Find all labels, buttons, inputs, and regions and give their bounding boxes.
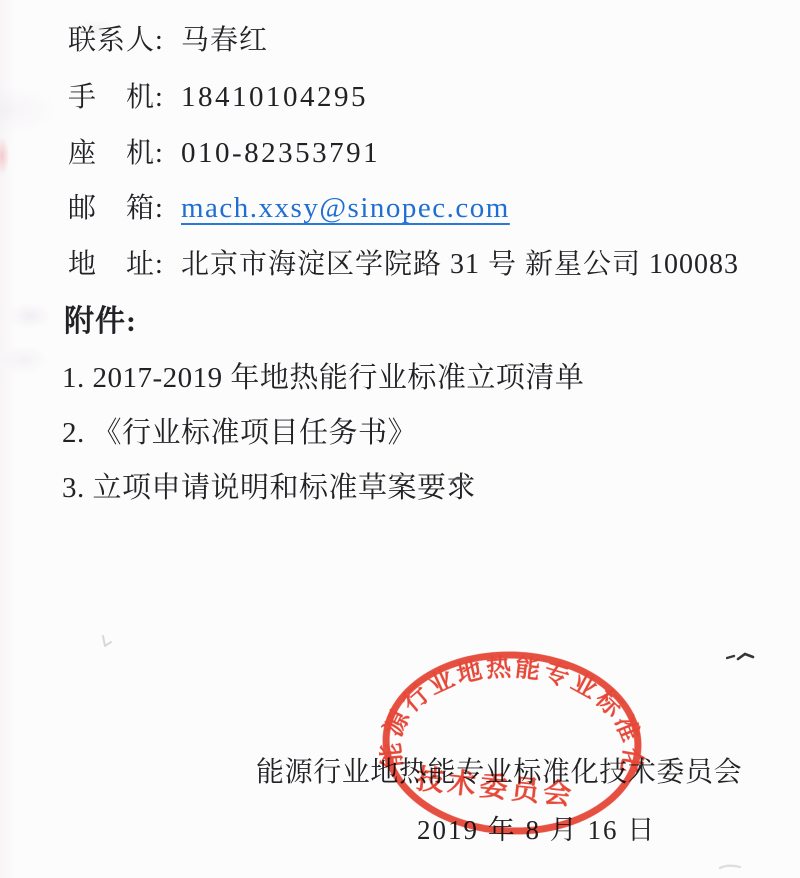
address-value: 北京市海淀区学院路 31 号 新星公司 100083 (181, 249, 739, 280)
attachment-item-2: 2. 《行业标准项目任务书》 (62, 410, 417, 451)
mobile-label: 手 机: (68, 81, 168, 115)
faint-smudge (100, 632, 116, 650)
issue-date: 2019 年 8 月 16 日 (417, 808, 656, 847)
faint-dash-smudge (718, 862, 742, 872)
landline-value: 010-82353791 (181, 137, 380, 169)
contact-person-label: 联系人: (68, 24, 168, 58)
contact-person-row: 联系人:马春红 (68, 24, 268, 58)
scanned-document-page: 联系人:马春红 手 机:18410104295 座 机:010-82353791… (0, 0, 800, 878)
email-label: 邮 箱: (68, 192, 168, 226)
attachments-heading: 附件: (64, 296, 137, 340)
issuing-organization: 能源行业地热能专业标准化技术委员会 (256, 750, 742, 790)
email-link[interactable]: mach.xxsy@sinopec.com (181, 192, 510, 224)
address-row: 地 址:北京市海淀区学院路 31 号 新星公司 100083 (68, 248, 739, 282)
attachment-item-3: 3. 立项申请说明和标准草案要求 (62, 465, 476, 506)
mobile-row: 手 机:18410104295 (68, 80, 368, 115)
landline-label: 座 机: (68, 137, 168, 171)
attachment-item-1: 1. 2017-2019 年地热能行业标准立项清单 (62, 355, 584, 396)
email-row: 邮 箱:mach.xxsy@sinopec.com (68, 191, 510, 226)
mobile-value: 18410104295 (181, 81, 368, 113)
ink-smudge-mark (726, 650, 756, 664)
contact-person-value: 马春红 (181, 25, 268, 56)
address-label: 地 址: (68, 248, 168, 282)
landline-row: 座 机:010-82353791 (68, 136, 380, 171)
